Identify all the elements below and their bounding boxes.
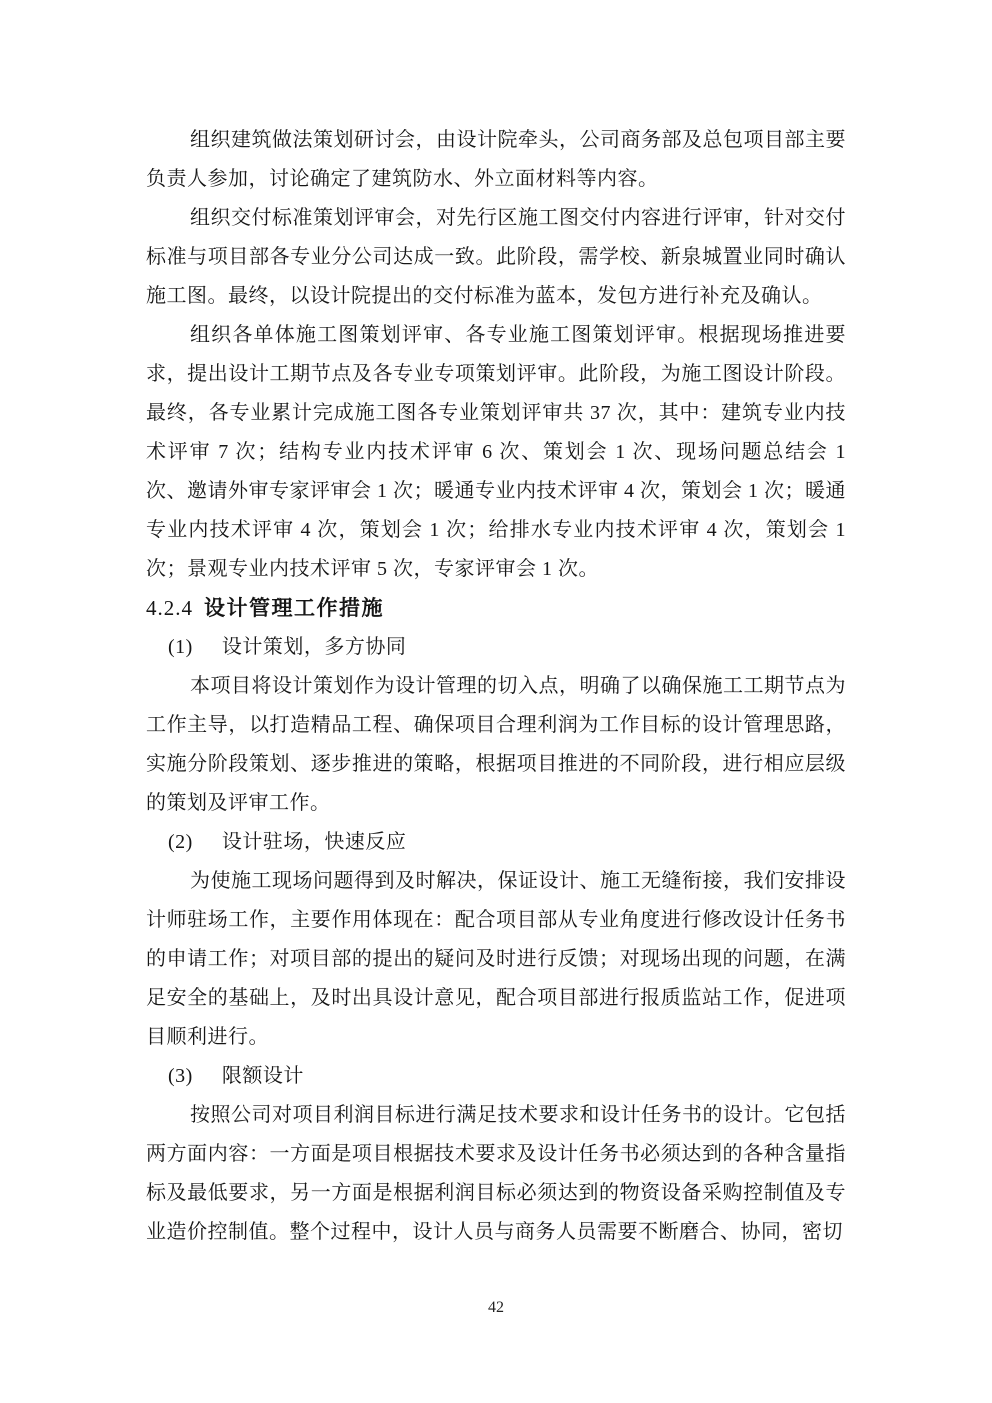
list-item-1-number: (1): [168, 636, 193, 658]
document-page: 组织建筑做法策划研讨会，由设计院牵头，公司商务部及总包项目部主要负责人参加，讨论…: [0, 0, 992, 1403]
section-heading-number: 4.2.4: [146, 596, 193, 620]
paragraph-workshop: 组织建筑做法策划研讨会，由设计院牵头，公司商务部及总包项目部主要负责人参加，讨论…: [146, 121, 846, 199]
list-item-1: (1)设计策划，多方协同: [146, 628, 846, 667]
list-item-3: (3)限额设计: [146, 1057, 846, 1096]
section-heading-title: 设计管理工作措施: [204, 596, 384, 620]
section-heading-4-2-4: 4.2.4设计管理工作措施: [146, 589, 846, 628]
paragraph-item-3-body: 按照公司对项目利润目标进行满足技术要求和设计任务书的设计。它包括两方面内容：一方…: [146, 1096, 846, 1252]
paragraph-item-2-body: 为使施工现场问题得到及时解决，保证设计、施工无缝衔接，我们安排设计师驻场工作，主…: [146, 862, 846, 1057]
list-item-3-title: 限额设计: [222, 1065, 304, 1087]
list-item-1-title: 设计策划，多方协同: [222, 636, 407, 658]
paragraph-item-1-body: 本项目将设计策划作为设计管理的切入点，明确了以确保施工工期节点为工作主导，以打造…: [146, 667, 846, 823]
paragraph-delivery-standard: 组织交付标准策划评审会，对先行区施工图交付内容进行评审，针对交付标准与项目部各专…: [146, 199, 846, 316]
list-item-2: (2)设计驻场，快速反应: [146, 823, 846, 862]
page-number: 42: [0, 1297, 992, 1319]
paragraph-review-counts: 组织各单体施工图策划评审、各专业施工图策划评审。根据现场推进要求，提出设计工期节…: [146, 316, 846, 589]
list-item-2-title: 设计驻场，快速反应: [222, 831, 407, 853]
list-item-2-number: (2): [168, 831, 193, 853]
list-item-3-number: (3): [168, 1065, 193, 1087]
